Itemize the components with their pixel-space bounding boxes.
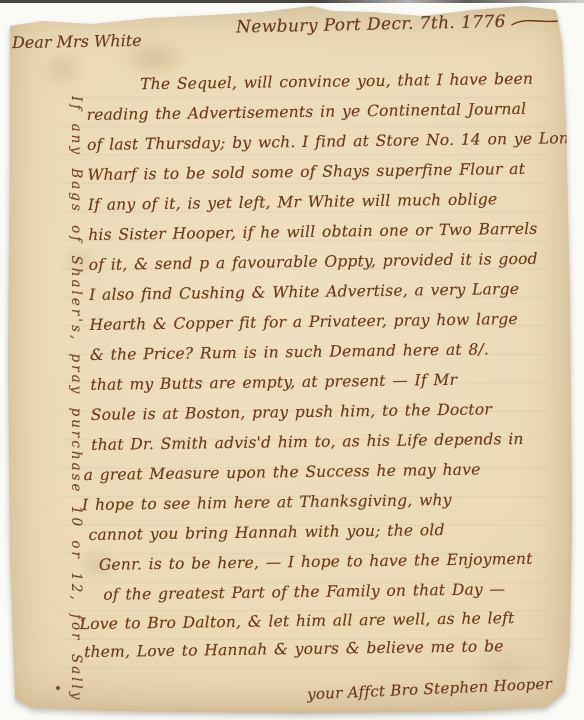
red-ink-mark [568, 22, 574, 36]
letter-body: The Sequel, will convince you, that I ha… [86, 63, 582, 666]
salutation: Dear Mrs White [12, 31, 142, 52]
dateline-text: Newbury Port Decr. 7th. 1776 [236, 12, 506, 38]
letter-paper: Newbury Port Decr. 7th. 1776 Dear Mrs Wh… [0, 0, 578, 716]
paper-stain [40, 48, 86, 90]
ink-speck [56, 686, 60, 690]
scanned-letter-page: Newbury Port Decr. 7th. 1776 Dear Mrs Wh… [0, 0, 584, 720]
paper-wrap: Newbury Port Decr. 7th. 1776 Dear Mrs Wh… [0, 0, 584, 720]
margin-note-vertical: If any Bags of Shaler's, pray purchase 1… [60, 96, 84, 641]
pen-flourish-icon [510, 12, 576, 33]
